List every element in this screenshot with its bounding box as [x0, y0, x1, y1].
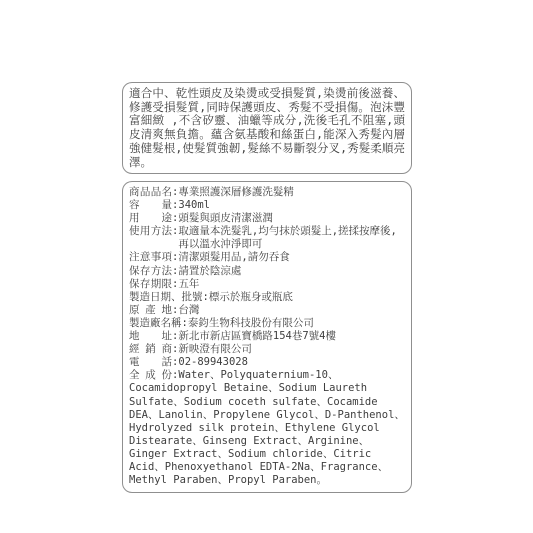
- spec-row-phone: 電話:02-89943028: [129, 356, 405, 369]
- spec-value: 340ml: [178, 199, 405, 212]
- spec-value: 新北市新店區寶橋路154巷7號4樓: [178, 330, 405, 343]
- spec-label: 原產地: [129, 304, 172, 317]
- spec-label: 保存方法: [129, 265, 172, 278]
- spec-value: 標示於瓶身或瓶底: [209, 291, 405, 304]
- spec-label: 容量: [129, 199, 172, 212]
- product-description-text: 適合中、乾性頭皮及染燙或受損髮質,染燙前後滋養、修護受損髮質,同時保護頭皮、秀髮…: [129, 87, 405, 169]
- spec-label: 使用方法: [129, 225, 172, 238]
- spec-row-distributor: 經銷商:新映澄有限公司: [129, 343, 405, 356]
- spec-label: 地址: [129, 330, 172, 343]
- spec-value: 泰鈞生物科技股份有限公司: [188, 317, 405, 330]
- ingredients-text: Water、Polyquaternium-10、Cocamidopropyl B…: [129, 369, 405, 486]
- product-spec-box: 商品品名:專業照護深層修護洗髮精 容量:340ml 用途:頭髮與頭皮清潔滋潤 使…: [122, 181, 412, 493]
- spec-row-mfg-date-batch: 製造日期、批號:標示於瓶身或瓶底: [129, 291, 405, 304]
- spec-label: 經銷商: [129, 343, 172, 356]
- spec-value: 清潔頭髮用品,請勿吞食: [178, 251, 405, 264]
- spec-row-shelf-life: 保存期限:五年: [129, 278, 405, 291]
- spec-row-product-name: 商品品名:專業照護深層修護洗髮精: [129, 186, 405, 199]
- spec-value: 五年: [178, 278, 405, 291]
- spec-row-ingredients: 全成份:Water、Polyquaternium-10、Cocamidoprop…: [129, 369, 405, 487]
- spec-row-address: 地址:新北市新店區寶橋路154巷7號4樓: [129, 330, 405, 343]
- spec-value: 請置於陰涼處: [178, 265, 405, 278]
- spec-label: 保存期限: [129, 278, 172, 291]
- spec-value: 新映澄有限公司: [178, 343, 405, 356]
- spec-row-storage: 保存方法:請置於陰涼處: [129, 265, 405, 278]
- spec-row-origin: 原產地:台灣: [129, 304, 405, 317]
- spec-label: 商品品名: [129, 186, 172, 199]
- product-description-box: 適合中、乾性頭皮及染燙或受損髮質,染燙前後滋養、修護受損髮質,同時保護頭皮、秀髮…: [122, 82, 412, 174]
- spec-label: 注意事項: [129, 251, 172, 264]
- spec-value: 頭髮與頭皮清潔滋潤: [178, 212, 405, 225]
- spec-row-caution: 注意事項:清潔頭髮用品,請勿吞食: [129, 251, 405, 264]
- spec-row-usage: 用途:頭髮與頭皮清潔滋潤: [129, 212, 405, 225]
- spec-label: 全成份: [129, 369, 172, 382]
- spec-label: 用途: [129, 212, 172, 225]
- spec-label: 製造日期、批號: [129, 291, 203, 304]
- spec-row-volume: 容量:340ml: [129, 199, 405, 212]
- spec-row-directions: 使用方法:取適量本洗髮乳,均勻抹於頭髮上,搓揉按摩後,再以溫水沖淨即可: [129, 225, 405, 251]
- spec-value: 台灣: [178, 304, 405, 317]
- spec-value: 取適量本洗髮乳,均勻抹於頭髮上,搓揉按摩後,再以溫水沖淨即可: [178, 225, 405, 251]
- spec-value: 02-89943028: [178, 356, 405, 369]
- spec-value: 專業照護深層修護洗髮精: [178, 186, 405, 199]
- spec-row-manufacturer: 製造廠名稱:泰鈞生物科技股份有限公司: [129, 317, 405, 330]
- spec-label: 電話: [129, 356, 172, 369]
- spec-label: 製造廠名稱: [129, 317, 182, 330]
- product-label-page: 適合中、乾性頭皮及染燙或受損髮質,染燙前後滋養、修護受損髮質,同時保護頭皮、秀髮…: [0, 0, 533, 533]
- spec-rows: 商品品名:專業照護深層修護洗髮精 容量:340ml 用途:頭髮與頭皮清潔滋潤 使…: [129, 186, 405, 487]
